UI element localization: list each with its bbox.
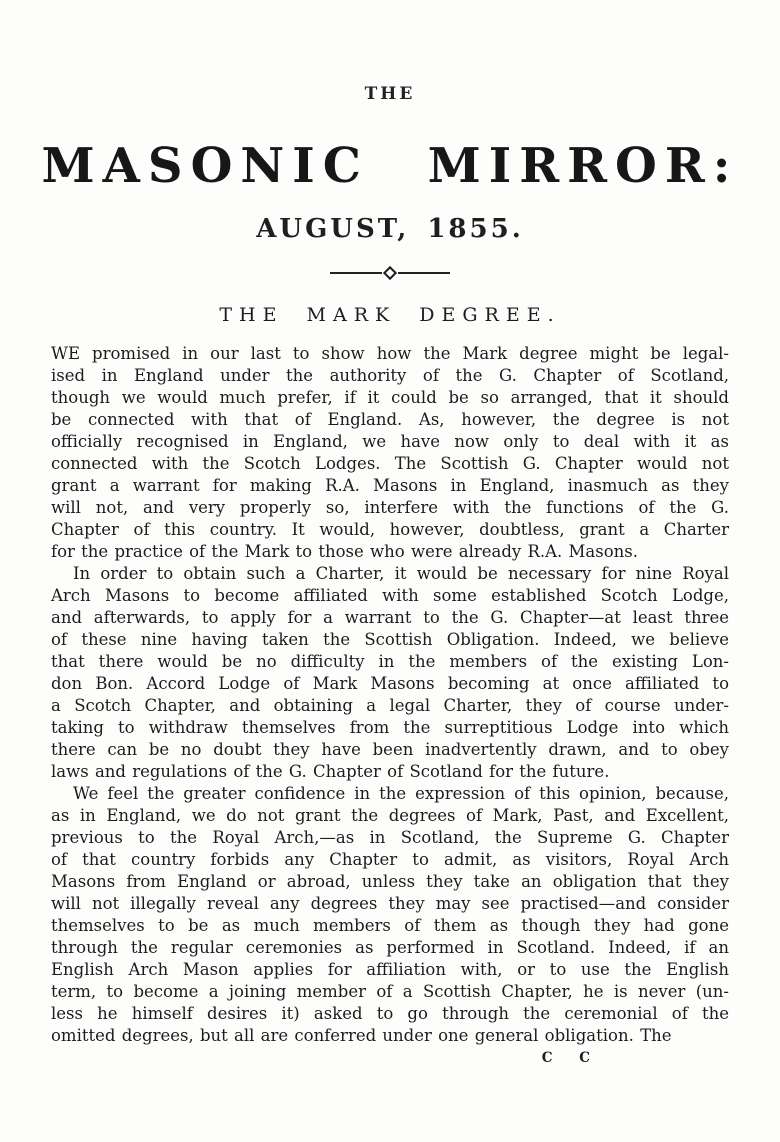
masthead-kicker: THE [0,84,780,104]
text-line: though we would much prefer, if it could… [51,387,729,409]
text-line: previous to the Royal Arch,—as in Scotla… [51,827,729,849]
text-line: ised in England under the authority of t… [51,365,729,387]
divider-rule-left [330,272,382,274]
text-line: grant a warrant for making R.A. Masons i… [51,475,729,497]
masthead: THE MASONIC MIRROR: AUGUST, 1855. THE MA… [0,84,780,326]
text-line: a Scotch Chapter, and obtaining a legal … [51,695,729,717]
text-line: of that country forbids any Chapter to a… [51,849,729,871]
text-line: laws and regulations of the G. Chapter o… [51,761,729,783]
divider-rule-right [398,272,450,274]
text-line: will not, and very properly so, interfer… [51,497,729,519]
text-line: connected with the Scotch Lodges. The Sc… [51,453,729,475]
diamond-ornament-icon [383,266,397,280]
text-line: taking to withdraw themselves from the s… [51,717,729,739]
text-line: In order to obtain such a Charter, it wo… [51,563,729,585]
text-line: that there would be no difficulty in the… [51,651,729,673]
scanned-page: THE MASONIC MIRROR: AUGUST, 1855. THE MA… [0,0,780,1142]
paragraph: We feel the greater confidence in the ex… [51,783,729,1047]
text-line: less he himself desires it) asked to go … [51,1003,729,1025]
text-line: Chapter of this country. It would, howev… [51,519,729,541]
text-line: Masons from England or abroad, unless th… [51,871,729,893]
masthead-title: MASONIC MIRROR: [0,138,780,196]
text-line: and afterwards, to apply for a warrant t… [51,607,729,629]
issue-date: AUGUST, 1855. [0,214,780,244]
text-line: there can be no doubt they have been ina… [51,739,729,761]
paragraph: In order to obtain such a Charter, it wo… [51,563,729,783]
text-line: of these nine having taken the Scottish … [51,629,729,651]
text-line: through the regular ceremonies as perfor… [51,937,729,959]
text-line: don Bon. Accord Lodge of Mark Masons bec… [51,673,729,695]
paragraph: WE promised in our last to show how the … [51,343,729,563]
text-line: WE promised in our last to show how the … [51,343,729,365]
text-line: for the practice of the Mark to those wh… [51,541,729,563]
text-line: English Arch Mason applies for affiliati… [51,959,729,981]
text-line: as in England, we do not grant the degre… [51,805,729,827]
text-line: Arch Masons to become affiliated with so… [51,585,729,607]
signature-mark: C C [51,1050,729,1066]
text-line: omitted degrees, but all are conferred u… [51,1025,729,1047]
text-line: officially recognised in England, we hav… [51,431,729,453]
article-body: WE promised in our last to show how the … [51,343,729,1047]
text-line: themselves to be as much members of them… [51,915,729,937]
text-line: be connected with that of England. As, h… [51,409,729,431]
text-line: We feel the greater confidence in the ex… [51,783,729,805]
article-heading: THE MARK DEGREE. [0,304,780,326]
section-divider [0,268,780,278]
text-line: will not illegally reveal any degrees th… [51,893,729,915]
text-line: term, to become a joining member of a Sc… [51,981,729,1003]
